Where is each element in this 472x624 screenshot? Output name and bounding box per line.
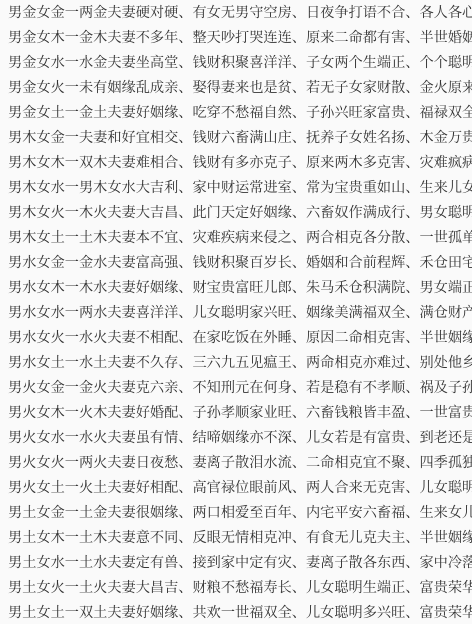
line-metal-earth: 男金女土一金土夫妻好姻缘、吃穿不愁福自然、子孙兴旺家富贵、福禄双全万万年 xyxy=(8,101,472,126)
line-wood-fire: 男木女火一木火夫妻大吉昌、此门天定好姻缘、六畜奴作满成行、男女聪明福自隆 xyxy=(8,201,472,226)
line-wood-water: 男木女水一男木女水大吉利、家中财运常进室、常为宝贵重如山、生来儿女披青衫 xyxy=(8,176,472,201)
line-fire-fire: 男火女火一两火夫妻日夜愁、妻离子散泪水流、二命相克宜不聚、四季孤独度春秋 xyxy=(8,451,472,476)
line-fire-earth: 男火女土一火土夫妻好相配、高官禄位眼前风、两人合来无克害、儿女聪明永富贵 xyxy=(8,476,472,501)
line-water-earth: 男水女土一水土夫妻不久存、三六九五见瘟王、两命相克亦难过、别处他乡嫁别克 xyxy=(8,351,472,376)
line-water-water: 男水女水一两水夫妻喜洋洋、儿女聪明家兴旺、姻缘美满福双全、满仓财产好风光 xyxy=(8,301,472,326)
line-wood-earth: 男木女土一土木夫妻本不宜、灾难疾病来侵之、两合相克各分散、一世孤单昼夜啼 xyxy=(8,226,472,251)
marriage-compatibility-text: 男金女金一两金夫妻硬对硬、有女无男守空房、日夜争打语不合、各人各心各白眼 男金女… xyxy=(8,0,472,624)
line-fire-water: 男火女水一水火夫妻虽有情、结啼姻缘亦不深、儿女若是有富贵、到老还是孤独人 xyxy=(8,426,472,451)
line-metal-water: 男金女水一水金夫妻坐高堂、钱财积聚喜洋洋、子女两个生端正、个个聪明学文章 xyxy=(8,51,472,76)
line-water-metal: 男水女金一金水夫妻富高强、钱财积聚百岁长、婚姻和合前程辉、禾仓田宅福寿长 xyxy=(8,251,472,276)
line-earth-fire: 男土女火一土火夫妻大昌吉、财粮不愁福寿长、儿女聪明生端正、富贵荣华好时光 xyxy=(8,576,472,601)
line-wood-wood: 男木女木一双木夫妻难相合、钱财有多亦克子、原来两木多克害、灾难疯病多加流 xyxy=(8,151,472,176)
line-metal-metal: 男金女金一两金夫妻硬对硬、有女无男守空房、日夜争打语不合、各人各心各白眼 xyxy=(8,1,472,26)
line-metal-wood: 男金女木一金木夫妻不多年、整天吵打哭连连、原来二命都有害、半世婚姻守寡缘 xyxy=(8,26,472,51)
line-water-wood: 男水女木一木水夫妻好姻缘、财宝贵富旺儿郎、朱马禾仓积满院、男女端正学文章 xyxy=(8,276,472,301)
line-fire-wood: 男火女木一火木夫妻好婚配、子孙孝顺家业旺、六畜钱粮皆丰盈、一世富贵大吉昌 xyxy=(8,401,472,426)
line-metal-fire: 男金女火一未有姻缘乱成亲、娶得妻来也是贫、若无子女家财散、金火原来害本命 xyxy=(8,76,472,101)
line-earth-earth: 男土女土一双土夫妻好姻缘、共欢一世福双全、儿女聪明多兴旺、富贵荣华好家园 xyxy=(8,601,472,624)
line-earth-wood: 男土女木一土木夫妻意不同、反眼无情相克冲、有食无儿克夫主、半世姻缘家财空 xyxy=(8,526,472,551)
line-wood-metal: 男木女金一夫妻和好宜相交、钱财六畜满山庄、抚养子女姓名扬、木金万贵共一床 xyxy=(8,126,472,151)
line-earth-metal: 男土女金一土金夫妻很姻缘、两口相爱至百年、内宅平安六畜福、生来女儿均团圆 xyxy=(8,501,472,526)
line-water-fire: 男水女火一水火夫妻不相配、在家吃饭在外睡、原因二命相克害、半世姻缘半世愁 xyxy=(8,326,472,351)
line-earth-water: 男土女水一土水夫妻定有兽、接到家中定有灾、妻离子散各东西、家中冷落财不来 xyxy=(8,551,472,576)
line-fire-metal: 男火女金一金火夫妻克六亲、不知刑元在何身、若是稳有不孝顺、祸及子孙守孤贫 xyxy=(8,376,472,401)
